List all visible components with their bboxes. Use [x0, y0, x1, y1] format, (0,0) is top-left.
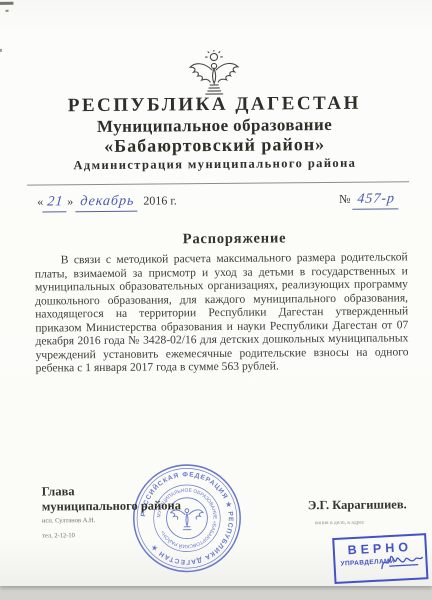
scan-speck [6, 10, 9, 12]
official-round-seal: РОССИЙСКАЯ ФЕДЕРАЦИЯ ★ РЕСПУБЛИКА ДАГЕСТ… [129, 461, 244, 576]
svg-text:МУНИЦИПАЛЬНОЕ ОБРАЗОВАНИЕ «БАБ: МУНИЦИПАЛЬНОЕ ОБРАЗОВАНИЕ «БАБАЮРТОВСКИЙ… [156, 487, 218, 550]
date-day-handwritten: 21 [42, 194, 68, 212]
meta-row: «21» декабрь 2016 г. № 457-р [37, 191, 409, 212]
phone-note: тел. 2-12-10 [42, 532, 75, 539]
date-month-handwritten: декабрь [75, 194, 139, 213]
number-handwritten: 457-р [353, 191, 400, 209]
document-number-field: № 457-р [339, 191, 399, 210]
scan-speck [0, 49, 2, 52]
executor-note: исп. Султанов А.Н. [42, 517, 95, 524]
seal-ring-inner-text: МУНИЦИПАЛЬНОЕ ОБРАЗОВАНИЕ «БАБАЮРТОВСКИЙ… [156, 487, 218, 550]
signatory-name: Э.Г. Карагишиев. [308, 497, 407, 513]
date-field: «21» декабрь 2016 г. [37, 193, 177, 212]
letterhead-district: «Бабаюртовский район» [0, 133, 431, 157]
verno-stamp: ВЕРНО УПРАВДЕЛАМИ [332, 533, 428, 584]
document-letterhead: РЕСПУБЛИКА ДАГЕСТАН Муниципальное образо… [0, 93, 431, 174]
scan-edge-artifact [0, 2, 13, 5]
letterhead-administration: Администрация муниципального района [0, 154, 431, 174]
header-divider [27, 181, 409, 185]
date-year: 2016 г. [143, 193, 177, 207]
document-page: РЕСПУБЛИКА ДАГЕСТАН Муниципальное образо… [0, 0, 432, 586]
document-body: В связи с методикой расчета максимальног… [35, 250, 409, 375]
verno-signature-icon [379, 548, 424, 579]
date-close-quote: » [67, 194, 73, 208]
document-title: Распоряжение [0, 229, 432, 250]
copy-note: копия в дело, в адрес [315, 520, 364, 526]
seal-center-eagle-icon [171, 509, 203, 530]
scanned-document: РЕСПУБЛИКА ДАГЕСТАН Муниципальное образо… [0, 0, 432, 600]
number-label: № [339, 192, 351, 206]
letterhead-republic: РЕСПУБЛИКА ДАГЕСТАН [0, 93, 430, 116]
